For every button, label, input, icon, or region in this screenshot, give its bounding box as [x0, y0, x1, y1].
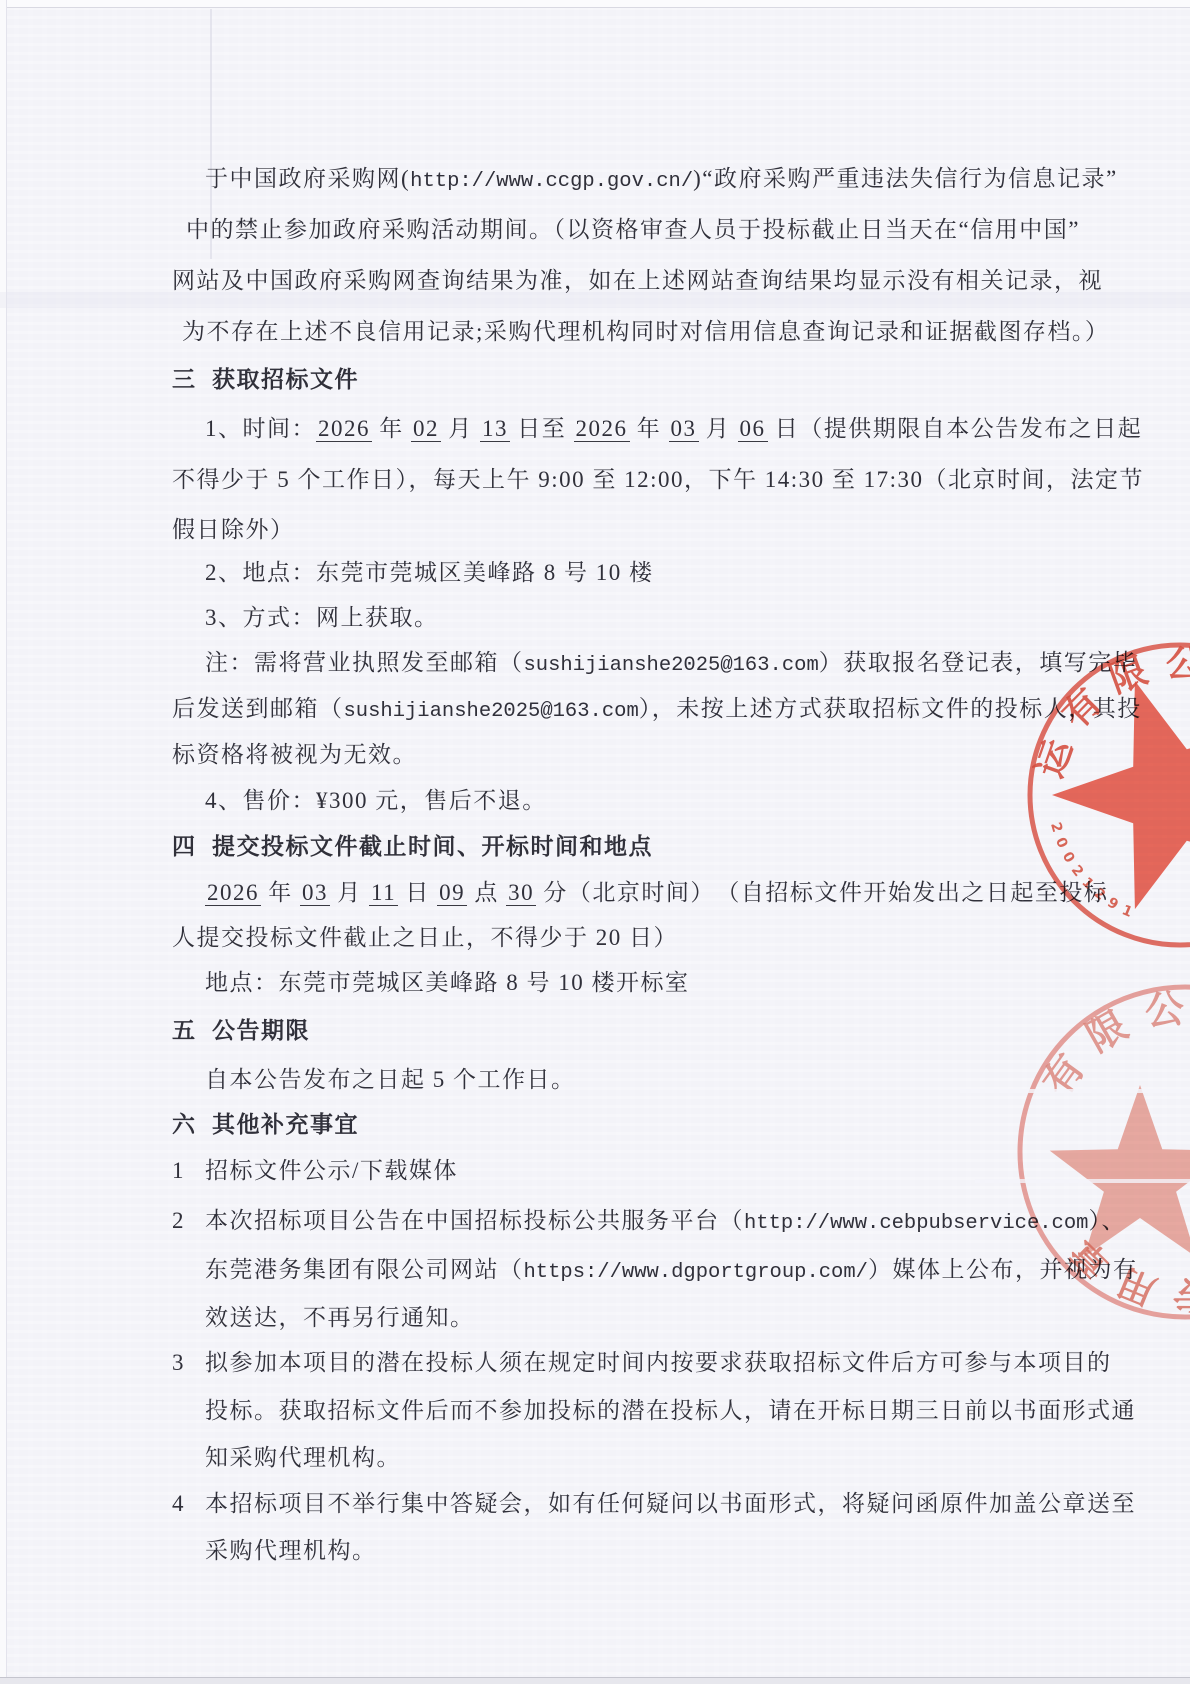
- text-line: 于中国政府采购网(http://www.ccgp.gov.cn/)“政府采购严重…: [0, 162, 1190, 196]
- line-text: 招标文件公示/下载媒体: [205, 1154, 458, 1188]
- line-text: 3、方式：网上获取。: [205, 601, 439, 635]
- line-text: 获取招标文件: [212, 363, 359, 397]
- text-line: 不得少于 5 个工作日），每天上午 9:00 至 12:00，下午 14:30 …: [0, 463, 1190, 497]
- text-line: 为不存在上述不良信用记录;采购代理机构同时对信用信息查询记录和证据截图存档。）: [0, 315, 1190, 349]
- line-text: 2、地点：东莞市莞城区美峰路 8 号 10 楼: [205, 556, 654, 590]
- line-text: 其他补充事宜: [212, 1108, 359, 1142]
- text-line: 2、地点：东莞市莞城区美峰路 8 号 10 楼: [0, 556, 1190, 590]
- line-text: 提交投标文件截止时间、开标时间和地点: [212, 830, 653, 864]
- text-line: 采购代理机构。: [0, 1534, 1190, 1568]
- line-number: 1: [172, 1154, 185, 1188]
- line-text: 本招标项目不举行集中答疑会，如有任何疑问以书面形式，将疑问函原件加盖公章送至: [205, 1487, 1136, 1521]
- line-text: 假日除外）: [172, 513, 295, 547]
- company-seal-stamp-upper: 运有限公司 20021291: [1000, 615, 1190, 975]
- company-seal-stamp-lower: 有限公司 专用章: [995, 962, 1190, 1342]
- line-text: 不得少于 5 个工作日），每天上午 9:00 至 12:00，下午 14:30 …: [172, 463, 1144, 497]
- line-text: 投标。获取招标文件后而不参加投标的潜在投标人，请在开标日期三日前以书面形式通: [205, 1394, 1136, 1428]
- line-number: 2: [172, 1204, 185, 1238]
- scanned-document-page: 于中国政府采购网(http://www.ccgp.gov.cn/)“政府采购严重…: [0, 0, 1190, 1684]
- text-line: 网站及中国政府采购网查询结果为准，如在上述网站查询结果均显示没有相关记录，视: [0, 264, 1190, 298]
- line-number: 4: [172, 1487, 185, 1521]
- scan-streak: [960, 1089, 1190, 1093]
- text-line: 1、时间：2026 年 02 月 13 日至 2026 年 03 月 06 日（…: [0, 412, 1190, 446]
- line-text: 知采购代理机构。: [205, 1441, 401, 1475]
- line-text: 自本公告发布之日起 5 个工作日。: [205, 1063, 576, 1097]
- line-text: 本次招标项目公告在中国招标投标公共服务平台（http://www.cebpubs…: [205, 1204, 1126, 1241]
- line-text: 中的禁止参加政府采购活动期间。（以资格审查人员于投标截止日当天在“信用中国”: [186, 213, 1080, 247]
- numbered-text-line: 4本招标项目不举行集中答疑会，如有任何疑问以书面形式，将疑问函原件加盖公章送至: [0, 1487, 1190, 1521]
- line-text: 效送达，不再另行通知。: [205, 1301, 475, 1335]
- line-number: 六: [172, 1108, 197, 1142]
- line-text: 采购代理机构。: [205, 1534, 377, 1568]
- seal-serial-number: 20021291: [1047, 821, 1141, 924]
- text-line: 中的禁止参加政府采购活动期间。（以资格审查人员于投标截止日当天在“信用中国”: [0, 213, 1190, 247]
- line-text: 地点：东莞市莞城区美峰路 8 号 10 楼开标室: [205, 966, 690, 1000]
- line-text: 于中国政府采购网(http://www.ccgp.gov.cn/)“政府采购严重…: [205, 162, 1118, 199]
- line-text: 后发送到邮箱（sushijianshe2025@163.com），未按上述方式获…: [172, 692, 1142, 729]
- line-text: 人提交投标文件截止之日止，不得少于 20 日）: [172, 921, 678, 955]
- text-line: 知采购代理机构。: [0, 1441, 1190, 1475]
- line-number: 三: [172, 363, 197, 397]
- svg-text:20021291: 20021291: [1047, 821, 1141, 924]
- seal-star-icon: [1050, 1085, 1190, 1257]
- line-text: 4、售价：¥300 元，售后不退。: [205, 784, 547, 818]
- line-text: 公告期限: [212, 1014, 310, 1048]
- line-number: 四: [172, 830, 197, 864]
- numbered-text-line: 三获取招标文件: [0, 363, 1190, 397]
- line-text: 拟参加本项目的潜在投标人须在规定时间内按要求获取招标文件后方可参与本项目的: [205, 1346, 1112, 1380]
- line-text: 注：需将营业执照发至邮箱（sushijianshe2025@163.com）获取…: [205, 646, 1137, 683]
- line-text: 标资格将被视为无效。: [172, 738, 417, 772]
- line-text: 1、时间：2026 年 02 月 13 日至 2026 年 03 月 06 日（…: [205, 412, 1142, 446]
- line-text: 为不存在上述不良信用记录;采购代理机构同时对信用信息查询记录和证据截图存档。）: [182, 315, 1109, 349]
- line-number: 3: [172, 1346, 185, 1380]
- numbered-text-line: 3拟参加本项目的潜在投标人须在规定时间内按要求获取招标文件后方可参与本项目的: [0, 1346, 1190, 1380]
- line-text: 网站及中国政府采购网查询结果为准，如在上述网站查询结果均显示没有相关记录，视: [172, 264, 1103, 298]
- text-line: 投标。获取招标文件后而不参加投标的潜在投标人，请在开标日期三日前以书面形式通: [0, 1394, 1190, 1428]
- line-number: 五: [172, 1014, 197, 1048]
- scan-streak: [975, 1179, 1190, 1183]
- text-line: 假日除外）: [0, 513, 1190, 547]
- line-text: 2026 年 03 月 11 日 09 点 30 分（北京时间） （自招标文件开…: [205, 876, 1108, 910]
